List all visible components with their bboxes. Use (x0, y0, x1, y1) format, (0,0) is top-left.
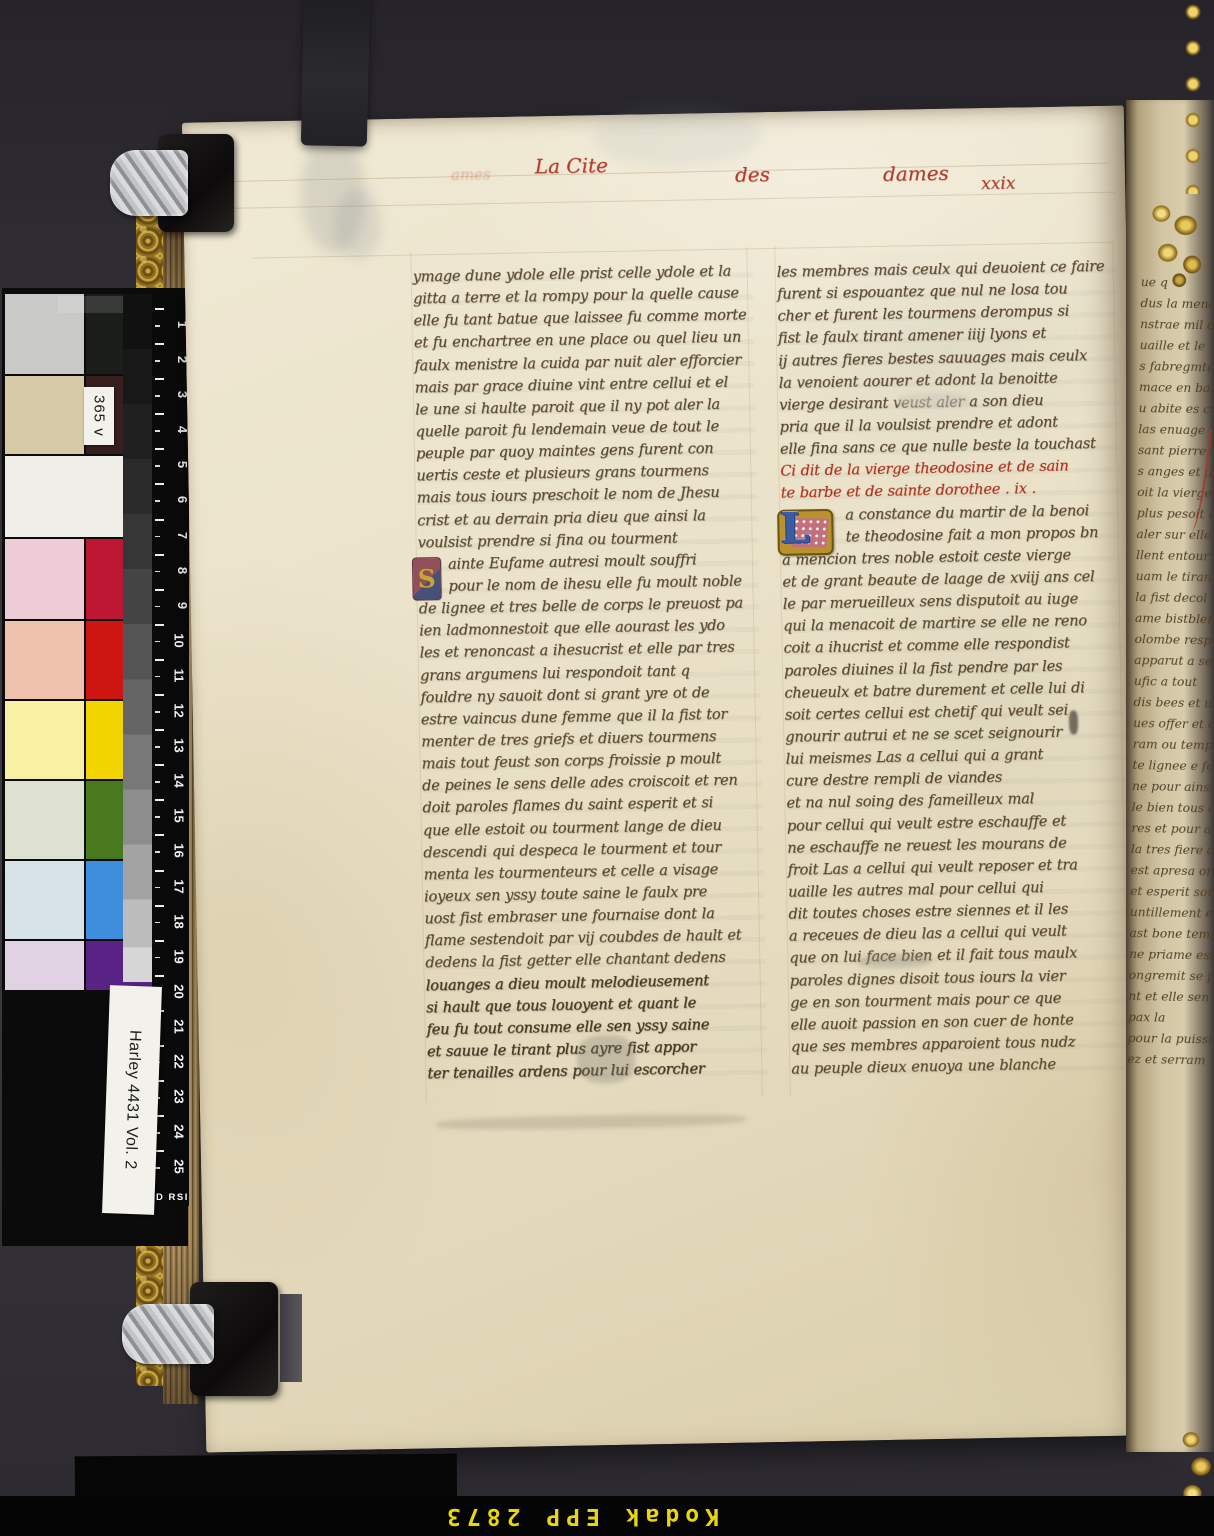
color-patch (5, 781, 84, 859)
ruler-number: 13 (171, 738, 186, 752)
ruler-number: 11 (172, 669, 187, 683)
initial-letter: S (417, 564, 436, 593)
ruler-cell: 15 (152, 799, 189, 834)
facing-text-fragment: le bien tous al (1131, 800, 1214, 823)
facing-text-fragment: et esperit son (1130, 884, 1214, 907)
blue-stain (592, 104, 763, 167)
color-patch (5, 701, 84, 779)
chapter-rubric: Ci dit de la vierge theodosine et de sai… (780, 457, 1121, 508)
ruler-cell: 17 (152, 870, 189, 905)
header-offset-ghost: ames (451, 165, 491, 184)
ruler-cell: 18 (152, 905, 189, 940)
ruler-number: 7 (175, 531, 190, 538)
ruler-footer-text: D RSI (156, 1192, 189, 1203)
folio-number-label: 365 v (84, 387, 114, 445)
facing-text-fragment: olombe respla (1134, 632, 1214, 655)
illuminated-initial-s: S (412, 557, 442, 601)
ruler-cell: 4 (152, 413, 189, 448)
ruler-cell: 2 (152, 343, 189, 378)
manuscript-photo: 1 2 3 4 5 6 7 8 9 10 11 12 (0, 0, 1214, 1536)
facing-text-fragment: untillement et e (1130, 905, 1214, 928)
facing-text-fragment: u abite es cue (1138, 401, 1214, 424)
shelfmark-text: Harley 4431 Vol. 2 (121, 1030, 144, 1170)
ruler-cell: 5 (152, 448, 189, 483)
facing-text-fragment: dis bees et u (1133, 695, 1214, 718)
ruler-number: 16 (171, 844, 186, 858)
color-patch (5, 539, 84, 619)
folio-number-text: 365 v (91, 395, 108, 437)
facing-text-fragment: ast bone temps et (1129, 926, 1214, 949)
facing-text-fragment: res et pour a (1131, 821, 1214, 844)
facing-text-fragment: s fabregmte (1139, 359, 1214, 382)
manuscript-page: ames La Cite des dames xxix ymage dune y… (182, 105, 1148, 1452)
ruler-number: 15 (171, 809, 186, 823)
color-patch (5, 621, 84, 699)
running-header-title-3: dames (883, 161, 949, 186)
running-header-title-1: La Cite (535, 153, 609, 178)
ruler-number: 25 (171, 1160, 186, 1174)
left-column-part-a: ymage dune ydole elle prist celle ydole … (413, 262, 758, 556)
facing-text-fragment: ues offer et ce (1133, 716, 1214, 739)
page-clip-bottom (122, 1304, 214, 1364)
initial-letter: L (780, 505, 810, 552)
offset-ghost-line (436, 1113, 746, 1132)
gilt-bead-cluster-top (1146, 192, 1210, 290)
facing-text-fragment: ram ou temp (1133, 737, 1214, 760)
grayscale-wedge (123, 294, 153, 982)
facing-text-fragment: ez et serram (1127, 1052, 1214, 1075)
color-patch (5, 941, 84, 990)
ruler-number: 10 (171, 633, 186, 647)
ruler-number: 19 (171, 949, 186, 963)
ruler-cell: 1 (152, 308, 189, 343)
facing-text-fragment: est apresa on no (1130, 863, 1214, 886)
page-clip-tab (280, 1294, 302, 1382)
ruler-number: 9 (175, 602, 190, 609)
facing-text-fragment: ne pour ainsi (1132, 779, 1214, 802)
color-patch (5, 376, 84, 454)
facing-text-fragment: nstrae mil de (1140, 317, 1214, 340)
ruler-cell: 10 (152, 624, 189, 659)
right-column-part-b: a constance du martir de la benoite theo… (781, 501, 1131, 1083)
ink-smudge (577, 1035, 636, 1084)
gilt-bead-strip (1182, 2, 1204, 194)
ruler-cell: 3 (152, 378, 189, 413)
ruler-number: 14 (171, 773, 186, 787)
facing-text-fragment: mace en ban (1139, 380, 1214, 403)
ruler-cell: 8 (152, 554, 189, 589)
facing-text-fragment: aler sur elle (1136, 527, 1214, 550)
ruler-number: 12 (171, 703, 186, 717)
facing-text-fragment: la tres fiere de (1131, 842, 1214, 865)
running-header-chapter-number: xxix (981, 173, 1016, 194)
ruler-cell: 12 (152, 694, 189, 729)
film-edge-text: Kodak EPP 2873 (415, 1498, 745, 1536)
ruler-cell: 16 (152, 834, 189, 869)
facing-text-fragment: ame bistblem (1135, 611, 1214, 634)
book-strap (301, 0, 370, 147)
facing-text-fragment: plus pesoit qu (1137, 506, 1214, 529)
facing-text-fragment: pour la puissi (1127, 1031, 1214, 1054)
facing-text-fragment: dus la menaco (1140, 296, 1214, 319)
ruling-line (252, 242, 1112, 259)
facing-text-fragment: pax la (1128, 1010, 1214, 1033)
facing-text-fragment: ongremit se pr (1129, 968, 1214, 991)
right-column-part-a: les membres mais ceulx qui deuoient ce f… (777, 258, 1121, 463)
ruler-number: 20 (171, 984, 186, 998)
ruler-number: 8 (175, 567, 190, 574)
erasure-smudge (897, 392, 969, 408)
facing-text-fragment: llent entour (1136, 548, 1214, 571)
facing-text-fragment: uam le tirant (1135, 569, 1214, 592)
facing-text-fragment: ufic a tout (1134, 674, 1214, 697)
ruler-cell: 7 (152, 519, 189, 554)
ruler-number: 17 (171, 879, 186, 893)
facing-text-fragment: ne priame esto (1129, 947, 1214, 970)
ruler-cell: 25 (152, 1150, 189, 1185)
running-header-title-2: des (735, 162, 770, 187)
ruler-cell: 13 (152, 729, 189, 764)
ruler-cell: 11 (152, 659, 189, 694)
ruler-number: 6 (175, 496, 190, 503)
ruler-number: 23 (171, 1089, 186, 1103)
ruler-number: 18 (171, 914, 186, 928)
facing-text-fragment: uaille et le (1140, 338, 1214, 361)
ruler-cell: 9 (152, 589, 189, 624)
ruler-cell: 24 (152, 1115, 189, 1150)
ink-blot (1069, 710, 1078, 734)
ruler-number: 24 (171, 1124, 186, 1138)
left-column-part-b: ainte Eufame autresi moult souffripour l… (418, 550, 768, 1088)
illuminated-initial-l: L (777, 509, 834, 556)
ruler-cell: 19 (152, 940, 189, 975)
facing-page-text: ue qdus la menaconstrae mil deuaille et … (1127, 275, 1214, 1075)
page-clip-top (110, 150, 188, 216)
facing-text-fragment: apparut a se (1134, 653, 1214, 676)
color-patch (5, 861, 84, 939)
ruler-number: 22 (171, 1054, 186, 1068)
shelfmark-label: Harley 4431 Vol. 2 (102, 985, 162, 1215)
facing-text-fragment: te lignee e fou (1132, 758, 1214, 781)
ruler-number: 21 (171, 1019, 186, 1033)
gray-stain (333, 189, 382, 260)
text-column-right: les membres mais ceulx qui deuoient ce f… (777, 258, 1132, 1083)
facing-text-fragment: la fist decol (1135, 590, 1214, 613)
facing-text-fragment: nt et elle sen p (1128, 989, 1214, 1012)
text-column-left: ymage dune ydole elle prist celle ydole … (413, 262, 768, 1087)
ruler-cell: 6 (152, 483, 189, 518)
facing-page-sliver: ue qdus la menaconstrae mil deuaille et … (1126, 100, 1214, 1452)
ruler-cell: 14 (152, 764, 189, 799)
